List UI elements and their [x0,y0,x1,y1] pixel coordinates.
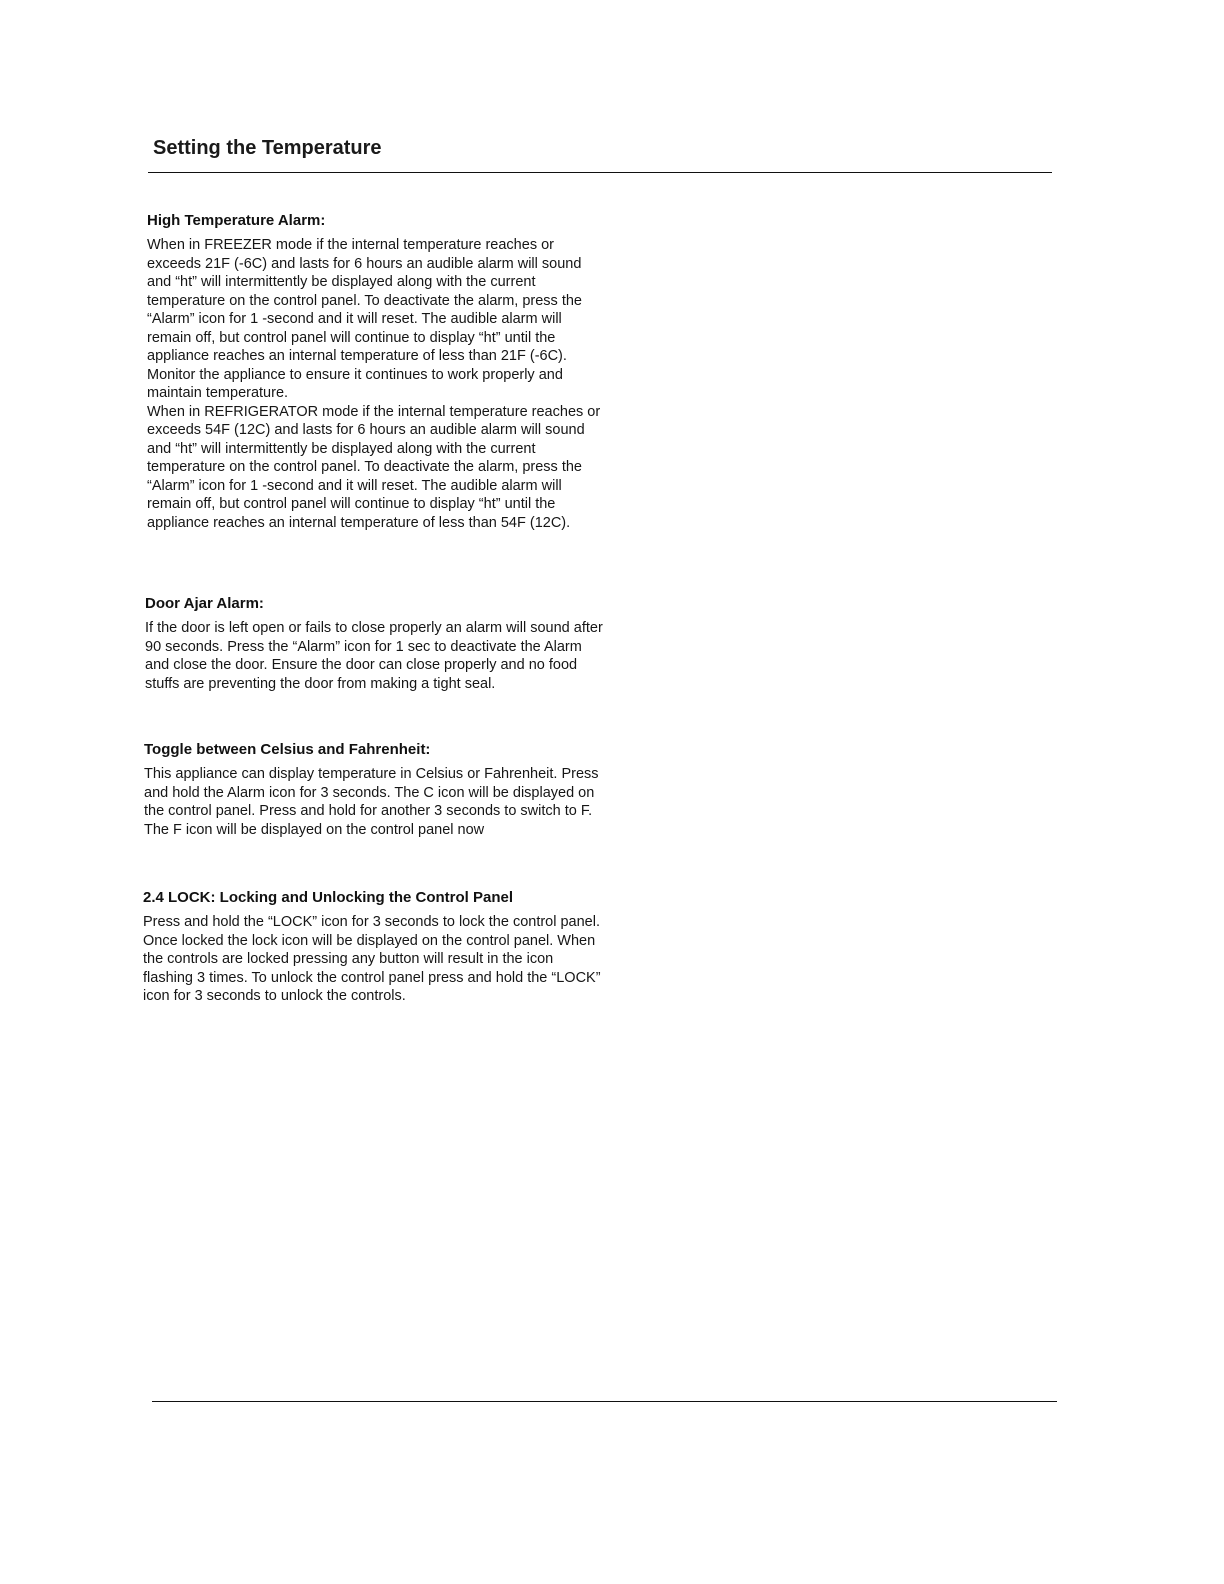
section-heading: Toggle between Celsius and Fahrenheit: [144,740,604,760]
page-title: Setting the Temperature [153,134,382,162]
section-body: Press and hold the “LOCK” icon for 3 sec… [143,913,603,1006]
section-heading: High Temperature Alarm: [147,211,607,231]
footer-divider [152,1401,1057,1402]
paragraph-toggle-units: This appliance can display temperature i… [144,765,604,839]
paragraph-lock: Press and hold the “LOCK” icon for 3 sec… [143,913,603,1006]
paragraph-freezer-mode: When in FREEZER mode if the internal tem… [147,236,607,366]
section-high-temperature-alarm: High Temperature Alarm: When in FREEZER … [147,211,607,532]
section-body: This appliance can display temperature i… [144,765,604,839]
section-toggle-celsius-fahrenheit: Toggle between Celsius and Fahrenheit: T… [144,740,604,839]
section-heading: 2.4 LOCK: Locking and Unlocking the Cont… [143,888,603,908]
section-lock-control-panel: 2.4 LOCK: Locking and Unlocking the Cont… [143,888,603,1006]
section-heading: Door Ajar Alarm: [145,594,605,614]
header-divider [148,172,1052,173]
paragraph-refrigerator-mode: When in REFRIGERATOR mode if the interna… [147,403,607,533]
section-body: When in FREEZER mode if the internal tem… [147,236,607,532]
section-body: If the door is left open or fails to clo… [145,619,605,693]
paragraph-monitor: Monitor the appliance to ensure it conti… [147,366,607,403]
paragraph-door-ajar: If the door is left open or fails to clo… [145,619,605,693]
section-door-ajar-alarm: Door Ajar Alarm: If the door is left ope… [145,594,605,693]
